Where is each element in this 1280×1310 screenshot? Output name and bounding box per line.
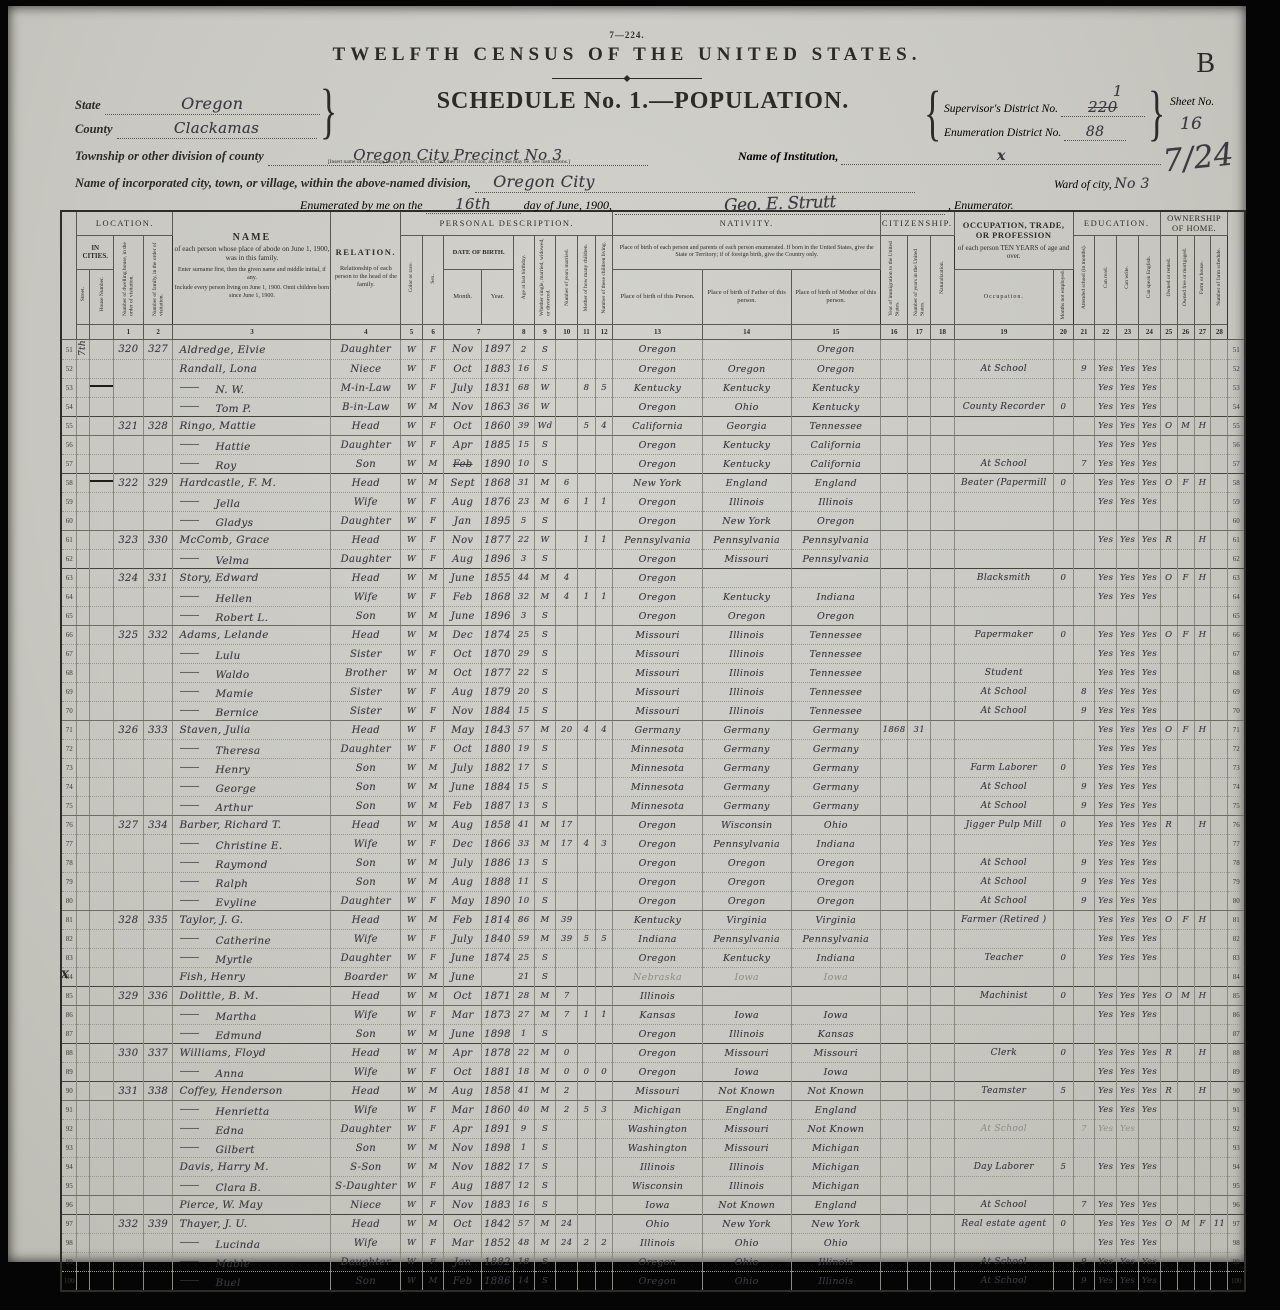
cell-occupation xyxy=(954,436,1054,455)
cell-age: 12 xyxy=(513,1177,534,1196)
cell-can-speak-english: Yes xyxy=(1139,740,1161,759)
cell-years-married xyxy=(556,740,578,759)
cell-birth-year: 1842 xyxy=(481,1215,513,1234)
table-row: 87——EdmundSonWMJune18981SOregonIllinoisK… xyxy=(61,1025,1245,1044)
cell-mother-of-children: 4 xyxy=(578,835,596,854)
cell-months-not-employed xyxy=(1054,1177,1074,1196)
col-num-4: 4 xyxy=(331,325,401,340)
cell-line-number: 89 xyxy=(61,1063,77,1082)
cell-sex: F xyxy=(422,1120,444,1139)
cell-months-not-employed xyxy=(1054,797,1074,816)
cell-family-number: 333 xyxy=(143,721,173,740)
cell-mother-birthplace: Pennsylvania xyxy=(791,550,880,569)
census-table: LOCATION. NAME of each person whose plac… xyxy=(60,210,1246,1292)
relation-title: RELATION. xyxy=(332,247,399,257)
cell-relation: Daughter xyxy=(331,550,401,569)
cell-line-number: 61 xyxy=(1228,531,1245,550)
cell-age: 22 xyxy=(513,1044,534,1063)
ditto-dash: —— xyxy=(179,1122,215,1134)
cell-birthplace: Missouri xyxy=(613,664,702,683)
cell-relation: B-in-Law xyxy=(331,398,401,417)
cell-line-number: 78 xyxy=(1228,854,1245,873)
cell-sex: F xyxy=(422,588,444,607)
cell-relation: S-Daughter xyxy=(331,1177,401,1196)
cell-sex: M xyxy=(422,474,444,493)
table-row: 100——BuelSonWMFeb188614SOregonOhioIllino… xyxy=(61,1272,1245,1292)
cell-months-not-employed xyxy=(1054,1196,1074,1215)
cell-naturalization xyxy=(931,379,954,398)
cell-mother-of-children: 2 xyxy=(578,1234,596,1253)
cell-mother-birthplace: Michigan xyxy=(791,1177,880,1196)
cell-mother-birthplace: Oregon xyxy=(791,892,880,911)
cell-birthplace: Indiana xyxy=(613,930,702,949)
cell-immigration-year xyxy=(880,1025,907,1044)
table-row: 517th320327Aldredge, ElvieDaughterWFNov1… xyxy=(61,340,1245,360)
cell-birth-month: May xyxy=(444,892,482,911)
cell-can-read: Yes xyxy=(1095,417,1117,436)
cell-color-race: W xyxy=(401,1272,423,1292)
cell-dwelling-number: 329328 xyxy=(114,987,144,1006)
cell-dwelling-number xyxy=(114,455,144,474)
cell-color-race: W xyxy=(401,531,423,550)
cell-marital-status: M xyxy=(534,835,556,854)
cell-color-race: W xyxy=(401,911,423,930)
cell-father-birthplace: Pennsylvania xyxy=(702,531,791,550)
cell-line-number: 93 xyxy=(61,1139,77,1158)
cell-can-speak-english: Yes xyxy=(1139,987,1161,1006)
margin-dash xyxy=(90,480,113,482)
cell-owned-free-mortgaged xyxy=(1177,1120,1194,1139)
cell-children-living xyxy=(595,683,613,702)
cell-can-read: Yes xyxy=(1095,1196,1117,1215)
cell-occupation: At School xyxy=(954,702,1054,721)
cell-line-number: 87 xyxy=(61,1025,77,1044)
cell-owned-free-mortgaged xyxy=(1177,398,1194,417)
cell-naturalization xyxy=(931,664,954,683)
cell-farm-schedule xyxy=(1211,474,1228,493)
table-row: 58322320329Hardcastle, F. M.HeadWMSept18… xyxy=(61,474,1245,493)
cell-line-number: 69 xyxy=(1228,683,1245,702)
read-header: Can read. xyxy=(1095,235,1117,325)
cell-birth-year: 1877 xyxy=(481,531,513,550)
cell-farm-schedule xyxy=(1211,1234,1228,1253)
cell-mother-birthplace: Germany xyxy=(791,759,880,778)
cell-immigration-year xyxy=(880,968,907,987)
relation-desc: Relationship of each person to the head … xyxy=(332,265,399,289)
cell-years-in-us xyxy=(908,1139,931,1158)
cell-can-write: Yes xyxy=(1117,816,1139,835)
cell-naturalization xyxy=(931,987,954,1006)
cell-house-number xyxy=(90,1215,114,1234)
cell-color-race: W xyxy=(401,683,423,702)
cell-immigration-year xyxy=(880,626,907,645)
cell-name: ——Tom P. xyxy=(173,398,331,417)
cell-can-speak-english: Yes xyxy=(1139,626,1161,645)
cell-family-number xyxy=(143,702,173,721)
pob-father-header: Place of birth of Father of this person. xyxy=(702,269,791,325)
table-row: 89——AnnaWifeWFOct188118M000OregonIowaIow… xyxy=(61,1063,1245,1082)
cell-line-number: 100 xyxy=(1228,1272,1245,1292)
cell-farm-schedule xyxy=(1211,892,1228,911)
cell-relation: Daughter xyxy=(331,740,401,759)
cell-line-number: 77 xyxy=(61,835,77,854)
cell-birth-month: Feb xyxy=(444,797,482,816)
col-num-20: 20 xyxy=(1054,325,1074,340)
cell-years-married xyxy=(556,968,578,987)
cell-line-number: 89 xyxy=(1228,1063,1245,1082)
cell-months-not-employed xyxy=(1054,531,1074,550)
cell-color-race: W xyxy=(401,1101,423,1120)
ownership-group: OWNERSHIP OF HOME. xyxy=(1160,211,1228,235)
cell-years-in-us xyxy=(908,873,931,892)
cell-sex: M xyxy=(422,1139,444,1158)
ditto-dash: —— xyxy=(179,514,215,526)
cell-months-not-employed: 0 xyxy=(1054,949,1074,968)
cell-months-not-employed xyxy=(1054,702,1074,721)
cell-can-speak-english: Yes xyxy=(1139,835,1161,854)
cell-dwelling-number xyxy=(114,1101,144,1120)
cell-birthplace: New York xyxy=(613,474,702,493)
cell-farm-schedule xyxy=(1211,436,1228,455)
table-row: 66325324332Adams, LelandeHeadWMDec187425… xyxy=(61,626,1245,645)
cell-can-speak-english: Yes xyxy=(1139,1006,1161,1025)
cell-age: 86 xyxy=(513,911,534,930)
cell-name: ——Lucinda xyxy=(173,1234,331,1253)
cell-birthplace: Washington xyxy=(613,1120,702,1139)
cell-home-owned-rented xyxy=(1160,873,1177,892)
cell-home-owned-rented xyxy=(1160,949,1177,968)
cell-farm-schedule xyxy=(1211,493,1228,512)
cell-occupation xyxy=(954,512,1054,531)
cell-occupation: Day Laborer xyxy=(954,1158,1054,1177)
cell-name: McComb, Grace xyxy=(173,531,331,550)
cell-relation: Head xyxy=(331,1215,401,1234)
cell-home-owned-rented: O xyxy=(1160,721,1177,740)
cell-mother-birthplace: Pennsylvania xyxy=(791,531,880,550)
cell-father-birthplace: Kentucky xyxy=(702,436,791,455)
cell-color-race: W xyxy=(401,1044,423,1063)
cell-marital-status: M xyxy=(534,1082,556,1101)
cell-color-race: W xyxy=(401,797,423,816)
cell-years-in-us xyxy=(908,626,931,645)
cell-months-not-employed: 0 xyxy=(1054,1044,1074,1063)
cell-father-birthplace: Missouri xyxy=(702,1044,791,1063)
cell-street xyxy=(77,1253,90,1272)
ditto-dash: —— xyxy=(179,875,215,887)
cell-farm-or-house xyxy=(1194,854,1211,873)
cell-naturalization xyxy=(931,683,954,702)
cell-relation: Wife xyxy=(331,1006,401,1025)
cell-street xyxy=(77,1196,90,1215)
cell-farm-schedule xyxy=(1211,645,1228,664)
cell-farm-schedule xyxy=(1211,455,1228,474)
cell-naturalization xyxy=(931,873,954,892)
city-blank: Oregon City xyxy=(475,172,915,193)
cell-owned-free-mortgaged xyxy=(1177,968,1194,987)
cell-sex: F xyxy=(422,417,444,436)
cell-birth-month: July xyxy=(444,854,482,873)
cell-birth-month: July xyxy=(444,930,482,949)
cell-mother-of-children: 1 xyxy=(578,493,596,512)
cell-birth-month: Oct xyxy=(444,360,482,379)
name-note-1: Enter surname first, then the given name… xyxy=(174,267,329,283)
cell-color-race: W xyxy=(401,588,423,607)
cell-naturalization xyxy=(931,1196,954,1215)
cell-home-owned-rented xyxy=(1160,1101,1177,1120)
cell-occupation: At School xyxy=(954,683,1054,702)
cell-sex: M xyxy=(422,911,444,930)
cell-occupation: At School xyxy=(954,1120,1054,1139)
cell-occupation xyxy=(954,1139,1054,1158)
cell-sex: F xyxy=(422,436,444,455)
owned-header: Owned or rented. xyxy=(1160,235,1177,325)
cell-school-months xyxy=(1073,569,1095,588)
cell-mother-of-children xyxy=(578,1177,596,1196)
cell-years-married: 2 xyxy=(556,1101,578,1120)
cell-line-number: 60 xyxy=(1228,512,1245,531)
years-us-header: Number of years in the United States. xyxy=(908,235,931,325)
cell-house-number xyxy=(90,607,114,626)
cell-children-living xyxy=(595,949,613,968)
cell-age: 10 xyxy=(513,892,534,911)
cell-immigration-year: 1868 xyxy=(880,721,907,740)
cell-line-number: 94 xyxy=(61,1158,77,1177)
cell-home-owned-rented: O xyxy=(1160,474,1177,493)
cell-line-number: 64 xyxy=(61,588,77,607)
cell-years-in-us xyxy=(908,911,931,930)
cell-name: ——Evyline xyxy=(173,892,331,911)
cell-line-number: 95 xyxy=(61,1177,77,1196)
cell-family-number xyxy=(143,797,173,816)
cell-birth-year: 1879 xyxy=(481,683,513,702)
cell-mother-birthplace xyxy=(791,569,880,588)
cell-children-living: 4 xyxy=(595,721,613,740)
cell-birthplace: Oregon xyxy=(613,512,702,531)
ditto-dash: —— xyxy=(179,1008,215,1020)
cell-family-number xyxy=(143,740,173,759)
cell-dwelling-number xyxy=(114,550,144,569)
cell-dwelling-number xyxy=(114,1196,144,1215)
cell-months-not-employed: 0 xyxy=(1054,626,1074,645)
cell-color-race: W xyxy=(401,569,423,588)
cell-birth-month: May xyxy=(444,721,482,740)
cell-owned-free-mortgaged xyxy=(1177,683,1194,702)
cell-name: ——Clara B. xyxy=(173,1177,331,1196)
cell-farm-schedule xyxy=(1211,1082,1228,1101)
cell-street xyxy=(77,1120,90,1139)
cell-family-number: 331 xyxy=(143,569,173,588)
cell-line-number: 53 xyxy=(1228,379,1245,398)
cell-dwelling-number xyxy=(114,1158,144,1177)
cell-school-months xyxy=(1073,588,1095,607)
col-num-14: 14 xyxy=(702,325,791,340)
cell-line-number: 56 xyxy=(61,436,77,455)
cell-can-read: Yes xyxy=(1095,1234,1117,1253)
cell-father-birthplace: New York xyxy=(702,1215,791,1234)
cell-immigration-year xyxy=(880,436,907,455)
corrected-number: 329 xyxy=(114,1044,135,1048)
cell-street xyxy=(77,797,90,816)
cell-owned-free-mortgaged xyxy=(1177,702,1194,721)
cell-owned-free-mortgaged xyxy=(1177,607,1194,626)
cell-marital-status: S xyxy=(534,1120,556,1139)
cell-can-read xyxy=(1095,512,1117,531)
cell-immigration-year xyxy=(880,759,907,778)
cell-father-birthplace: Oregon xyxy=(702,360,791,379)
cell-color-race: W xyxy=(401,398,423,417)
year-header: Year. xyxy=(481,269,513,325)
cell-family-number xyxy=(143,1101,173,1120)
cell-can-speak-english xyxy=(1139,1025,1161,1044)
cell-children-living xyxy=(595,1044,613,1063)
cell-occupation: Papermaker xyxy=(954,626,1054,645)
cell-can-read: Yes xyxy=(1095,987,1117,1006)
cell-immigration-year xyxy=(880,873,907,892)
cell-occupation: At School xyxy=(954,1196,1054,1215)
cell-children-living xyxy=(595,1253,613,1272)
cell-immigration-year xyxy=(880,645,907,664)
occupation-col-header: Occupation. xyxy=(954,269,1054,325)
cell-house-number xyxy=(90,645,114,664)
cell-can-read: Yes xyxy=(1095,816,1117,835)
cell-mother-birthplace: California xyxy=(791,455,880,474)
ditto-dash: —— xyxy=(179,381,215,393)
cell-birth-month: Nov xyxy=(444,1196,482,1215)
cell-immigration-year xyxy=(880,569,907,588)
cell-house-number xyxy=(90,1234,114,1253)
cell-family-number xyxy=(143,873,173,892)
cell-naturalization xyxy=(931,1101,954,1120)
cell-years-married xyxy=(556,702,578,721)
cell-family-number xyxy=(143,1139,173,1158)
cell-children-living xyxy=(595,474,613,493)
cell-age: 17 xyxy=(513,759,534,778)
cell-dwelling-number xyxy=(114,1234,144,1253)
cell-children-living xyxy=(595,398,613,417)
cell-school-months xyxy=(1073,607,1095,626)
cell-birth-month: June xyxy=(444,778,482,797)
cell-immigration-year xyxy=(880,1120,907,1139)
corrected-number: 319 xyxy=(114,417,135,421)
cell-can-write xyxy=(1117,550,1139,569)
cell-house-number xyxy=(90,1177,114,1196)
cell-family-number: 329 xyxy=(143,474,173,493)
cell-family-number xyxy=(143,588,173,607)
cell-mother-of-children: 5 xyxy=(578,1101,596,1120)
ditto-dash: —— xyxy=(179,761,215,773)
cell-age: 5 xyxy=(513,512,534,531)
cell-birthplace: Missouri xyxy=(613,1082,702,1101)
cell-years-in-us xyxy=(908,569,931,588)
cell-birth-year: 1831 xyxy=(481,379,513,398)
cell-farm-or-house xyxy=(1194,645,1211,664)
name-group: NAME of each person whose place of abode… xyxy=(173,211,331,325)
cell-can-speak-english: Yes xyxy=(1139,436,1161,455)
ward-value: No 3 xyxy=(1114,176,1149,192)
cell-age: 13 xyxy=(513,854,534,873)
cell-months-not-employed xyxy=(1054,436,1074,455)
cell-line-number: 65 xyxy=(61,607,77,626)
cell-farm-schedule xyxy=(1211,702,1228,721)
cell-birthplace: Missouri xyxy=(613,702,702,721)
cell-dwelling-number: 331330 xyxy=(114,1082,144,1101)
cell-sex: M xyxy=(422,1082,444,1101)
cell-months-not-employed xyxy=(1054,1253,1074,1272)
cell-street xyxy=(77,1234,90,1253)
cell-can-write: Yes xyxy=(1117,1215,1139,1234)
cell-occupation xyxy=(954,1006,1054,1025)
cell-birth-year: 1881 xyxy=(481,1063,513,1082)
cell-color-race: W xyxy=(401,873,423,892)
cell-can-write: Yes xyxy=(1117,626,1139,645)
cell-name: ——Waldo xyxy=(173,664,331,683)
cell-relation: Wife xyxy=(331,1234,401,1253)
cell-sex: M xyxy=(422,797,444,816)
cell-children-living xyxy=(595,626,613,645)
cell-naturalization xyxy=(931,854,954,873)
cell-family-number xyxy=(143,835,173,854)
cell-years-married xyxy=(556,892,578,911)
cell-naturalization xyxy=(931,398,954,417)
cell-dwelling-number xyxy=(114,1120,144,1139)
cell-birth-month: June xyxy=(444,949,482,968)
cell-age: 15 xyxy=(513,778,534,797)
enumeration-blank: 88 xyxy=(1064,124,1126,141)
cell-months-not-employed xyxy=(1054,721,1074,740)
cell-father-birthplace: Ohio xyxy=(702,1272,791,1292)
cell-line-number: 63 xyxy=(61,569,77,588)
cell-can-read xyxy=(1095,550,1117,569)
cell-mother-birthplace: Oregon xyxy=(791,512,880,531)
cell-father-birthplace: Kentucky xyxy=(702,455,791,474)
margin-dash xyxy=(90,385,113,387)
cell-can-write: Yes xyxy=(1117,493,1139,512)
cell-farm-or-house: H xyxy=(1194,816,1211,835)
cell-months-not-employed xyxy=(1054,360,1074,379)
cell-line-number: 94 xyxy=(1228,1158,1245,1177)
cell-birth-year: 1890 xyxy=(481,455,513,474)
district-brace-open: { xyxy=(924,77,941,148)
cell-family-number xyxy=(143,645,173,664)
cell-home-owned-rented xyxy=(1160,607,1177,626)
cell-family-number xyxy=(143,436,173,455)
cell-age: 1 xyxy=(513,1025,534,1044)
cell-street xyxy=(77,455,90,474)
cell-line-number: 62 xyxy=(61,550,77,569)
ditto-dash: —— xyxy=(179,932,215,944)
cell-house-number xyxy=(90,340,114,360)
table-row: 84XFish, HenryBoarderWMJune21SNebraskaIo… xyxy=(61,968,1245,987)
table-row: 65——Robert L.SonWMJune18963SOregonOregon… xyxy=(61,607,1245,626)
column-numbers-row: 1 2 3 4 5 6 7 8 9 10 11 12 13 14 15 16 1… xyxy=(61,325,1245,340)
cell-dwelling-number xyxy=(114,1025,144,1044)
cell-immigration-year xyxy=(880,930,907,949)
cell-mother-birthplace: New York xyxy=(791,1215,880,1234)
cell-street xyxy=(77,835,90,854)
cell-farm-or-house: H xyxy=(1194,911,1211,930)
dob-header: DATE OF BIRTH. xyxy=(444,235,513,269)
pob-mother-header: Place of birth of Mother of this person. xyxy=(791,269,880,325)
cell-sex: M xyxy=(422,854,444,873)
cell-immigration-year xyxy=(880,740,907,759)
cell-months-not-employed xyxy=(1054,778,1074,797)
table-row: 78——RaymondSonWMJuly188613SOregonOregonO… xyxy=(61,854,1245,873)
cell-home-owned-rented xyxy=(1160,379,1177,398)
relation-group: RELATION. Relationship of each person to… xyxy=(331,211,401,325)
cell-years-in-us xyxy=(908,360,931,379)
cell-occupation: At School xyxy=(954,455,1054,474)
cell-line-number: 84X xyxy=(61,968,77,987)
